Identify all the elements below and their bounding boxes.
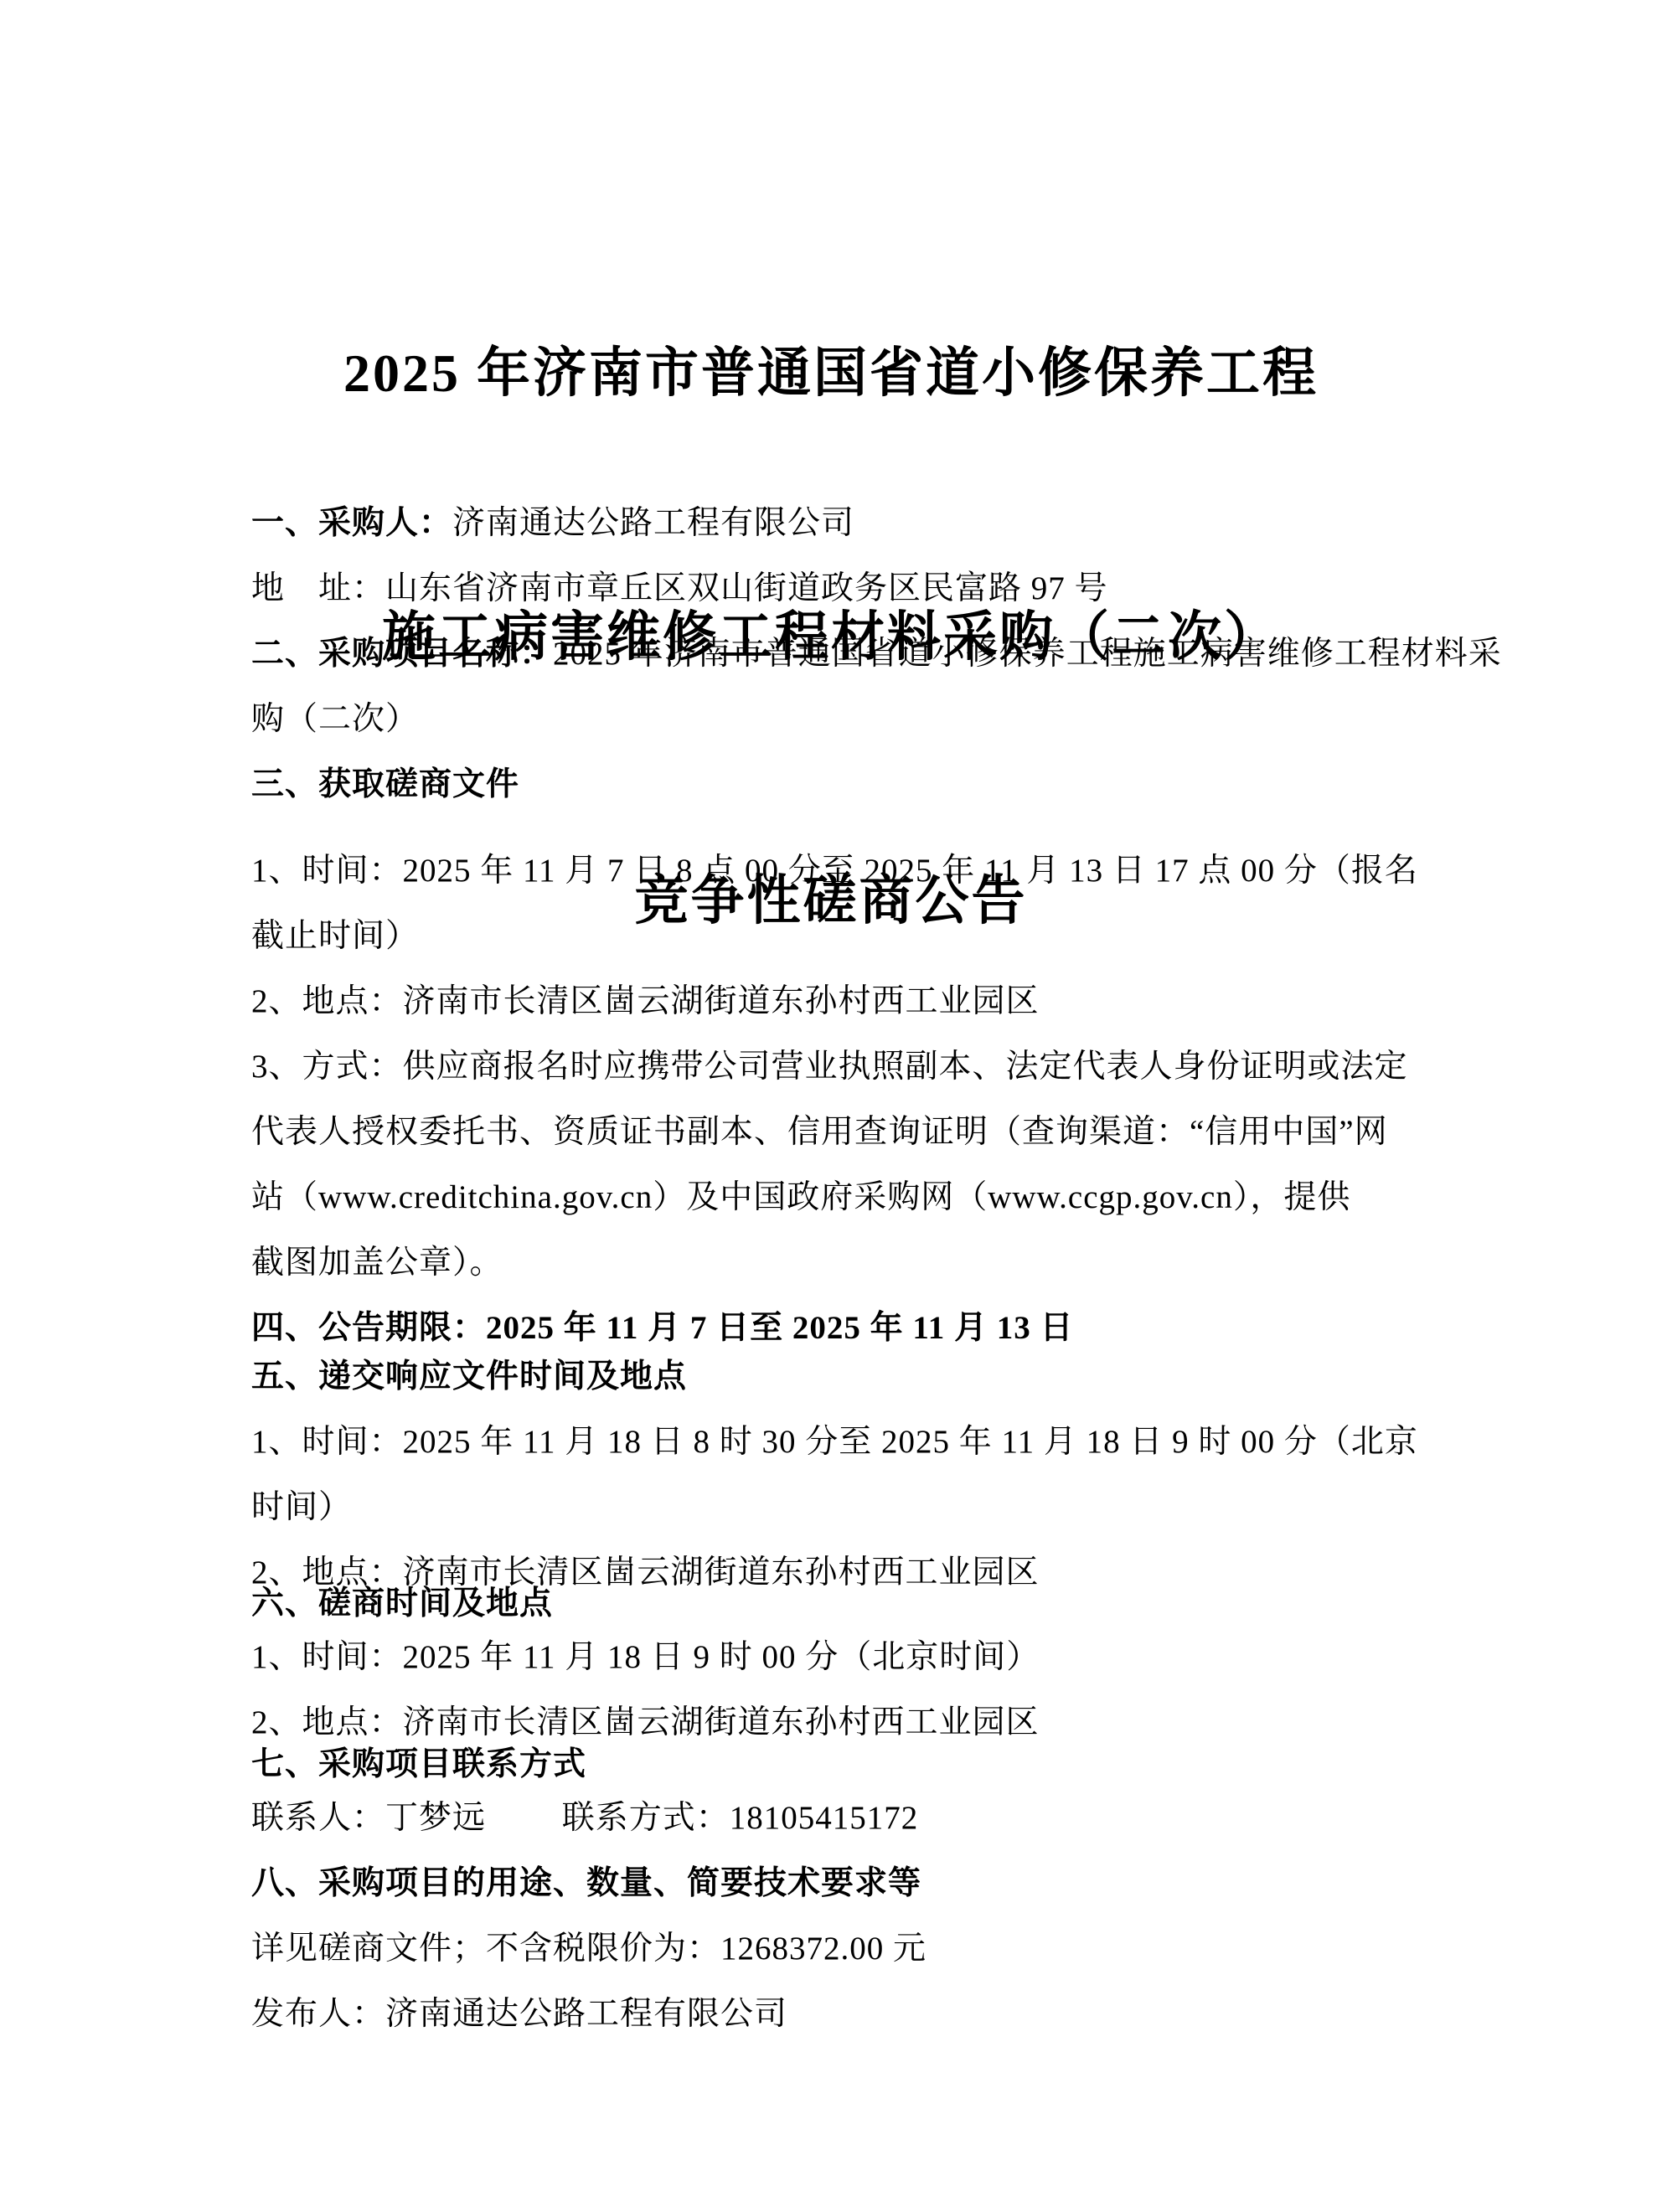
title-line-1: 2025 年济南市普通国省道小修保养工程 (101, 329, 1561, 417)
negotiation-location-value: 2、地点：济南市长清区崮云湖街道东孙村西工业园区 (251, 1704, 1040, 1740)
publisher-value: 发布人：济南通达公路工程有限公司 (251, 1996, 787, 2032)
obtain-method-value-3: 站（www.creditchina.gov.cn）及中国政府采购网（www.cc… (251, 1179, 1350, 1215)
line-obtain-time-1: 1、时间：2025 年 11 月 7 日 8 点 00 分至 2025 年 11… (251, 838, 1416, 904)
line-purchaser: 一、采购人：济南通达公路工程有限公司 (251, 491, 1416, 556)
line-obtain-location: 2、地点：济南市长清区崮云湖街道东孙村西工业园区 (251, 969, 1416, 1034)
project-requirements-text: 八、采购项目的用途、数量、简要技术要求等 (251, 1865, 921, 1901)
line-obtain-method-2: 代表人授权委托书、资质证书副本、信用查询证明（查询渠道：“信用中国”网 (251, 1100, 1416, 1165)
heading-obtain-documents-text: 三、获取磋商文件 (251, 766, 519, 802)
contact-heading-text: 七、采购项目联系方式 (251, 1746, 586, 1782)
obtain-method-value-4: 截图加盖公章）。 (251, 1245, 503, 1281)
purchaser-value: 济南通达公路工程有限公司 (452, 505, 854, 541)
obtain-location-value: 2、地点：济南市长清区崮云湖街道东孙村西工业园区 (251, 983, 1040, 1019)
line-negotiation-time: 1、时间：2025 年 11 月 18 日 9 时 00 分（北京时间） (251, 1625, 1416, 1690)
obtain-method-value-2: 代表人授权委托书、资质证书副本、信用查询证明（查询渠道：“信用中国”网 (251, 1114, 1388, 1150)
project-name-label: 二、采购项目名称： (251, 636, 553, 672)
submission-time-value-2: 时间） (251, 1489, 352, 1525)
obtain-time-value-1: 1、时间：2025 年 11 月 7 日 8 点 00 分至 2025 年 11… (251, 853, 1418, 889)
address-value: 地 址：山东省济南市章丘区双山街道政务区民富路 97 号 (251, 570, 1108, 606)
line-requirements-detail: 详见磋商文件；不含税限价为：1268372.00 元 (251, 1916, 1416, 1982)
line-project-name-2: 购（二次） (251, 687, 1416, 752)
line-project-name-1: 二、采购项目名称：2025 年济南市普通国省道小修保养工程施工病害维修工程材料采 (251, 621, 1416, 687)
document-body: 一、采购人：济南通达公路工程有限公司 地 址：山东省济南市章丘区双山街道政务区民… (251, 491, 1416, 2047)
line-submission-time-2: 时间） (251, 1475, 1416, 1540)
line-address: 地 址：山东省济南市章丘区双山街道政务区民富路 97 号 (251, 556, 1416, 621)
heading-project-requirements: 八、采购项目的用途、数量、简要技术要求等 (251, 1851, 1416, 1916)
negotiation-heading-text: 六、磋商时间及地点 (251, 1586, 553, 1622)
negotiation-time-value: 1、时间：2025 年 11 月 18 日 9 时 00 分（北京时间） (251, 1639, 1040, 1675)
line-submission-time-1: 1、时间：2025 年 11 月 18 日 8 时 30 分至 2025 年 1… (251, 1410, 1416, 1475)
contact-person-value: 联系人：丁梦远 联系方式：18105415172 (251, 1800, 918, 1836)
line-obtain-method-3: 站（www.creditchina.gov.cn）及中国政府采购网（www.cc… (251, 1165, 1416, 1230)
requirements-detail-value: 详见磋商文件；不含税限价为：1268372.00 元 (251, 1931, 926, 1967)
document-page: 2025 年济南市普通国省道小修保养工程 施工病害维修工程材料采购（二次） 竞争… (0, 0, 1662, 2212)
line-contact-person: 联系人：丁梦远 联系方式：18105415172 (251, 1786, 1416, 1851)
line-obtain-method-1: 3、方式：供应商报名时应携带公司营业执照副本、法定代表人身份证明或法定 (251, 1034, 1416, 1100)
submission-time-value-1: 1、时间：2025 年 11 月 18 日 8 时 30 分至 2025 年 1… (251, 1424, 1418, 1460)
response-submission-text: 五、递交响应文件时间及地点 (251, 1359, 687, 1395)
announcement-period-text: 四、公告期限：2025 年 11 月 7 日至 2025 年 11 月 13 日 (251, 1310, 1073, 1346)
line-obtain-time-2: 截止时间） (251, 904, 1416, 969)
purchaser-label: 一、采购人： (251, 505, 452, 541)
line-obtain-method-4: 截图加盖公章）。 (251, 1230, 1416, 1296)
heading-obtain-documents: 三、获取磋商文件 (251, 752, 1416, 817)
obtain-method-value-1: 3、方式：供应商报名时应携带公司营业执照副本、法定代表人身份证明或法定 (251, 1049, 1408, 1085)
project-name-value-1: 2025 年济南市普通国省道小修保养工程施工病害维修工程材料采 (553, 636, 1502, 672)
project-name-value-2: 购（二次） (251, 701, 419, 737)
obtain-time-value-2: 截止时间） (251, 918, 419, 954)
line-publisher: 发布人：济南通达公路工程有限公司 (251, 1982, 1416, 2047)
